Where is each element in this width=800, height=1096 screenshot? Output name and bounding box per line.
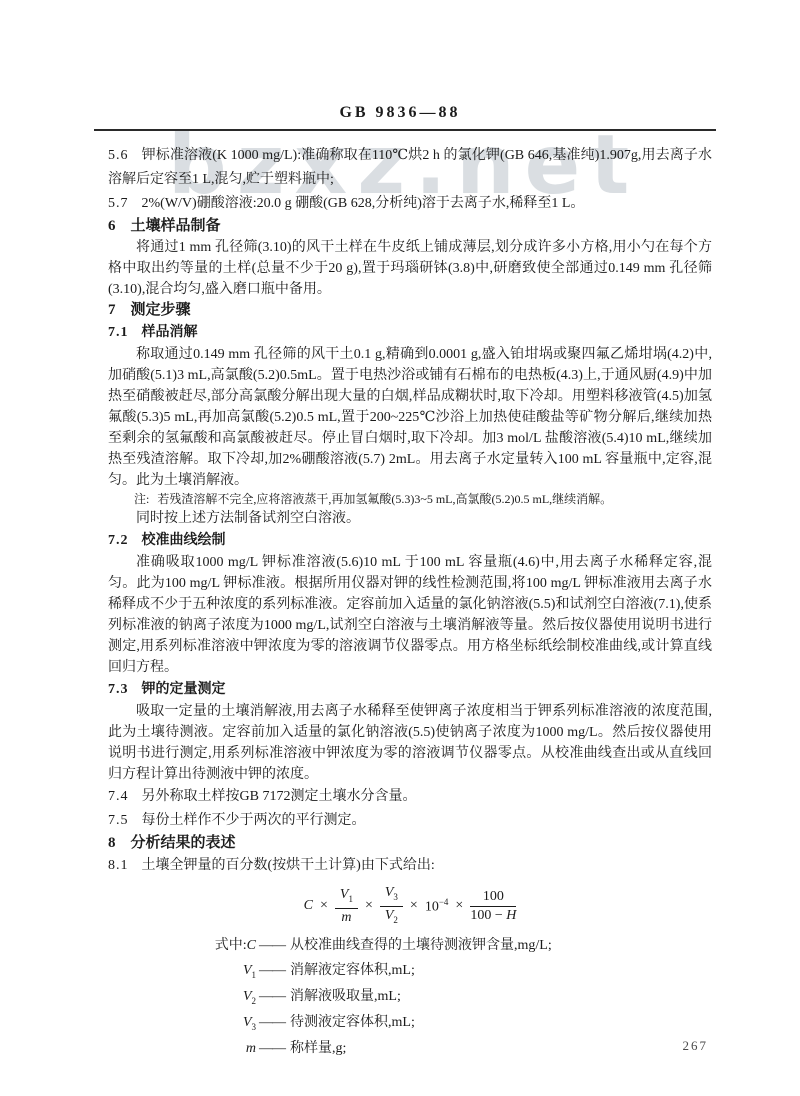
clause-number: 7.1	[108, 325, 129, 340]
formula-sub-2: 2	[393, 915, 398, 925]
definition-term: 式中:C	[108, 935, 256, 961]
section-title: 分析结果的表述	[131, 835, 236, 851]
section-7-heading: 7测定步骤	[108, 300, 712, 321]
formula-den-100: 100	[470, 908, 491, 923]
clause-7-3-paragraph: 吸取一定量的土壤消解液,用去离子水稀释至使钾离子浓度相当于钾系列标准溶液的浓度范…	[108, 701, 712, 785]
clause-text: 2%(W/V)硼酸溶液:20.0 g 硼酸(GB 628,分析纯)溶于去离子水,…	[142, 196, 585, 211]
clause-text: 每份土样作不少于两次的平行测定。	[142, 813, 366, 828]
definition-description: 称样量,g;	[290, 1038, 346, 1064]
definition-prefix: 式中:	[215, 938, 247, 953]
definition-row-V3: V3 —— 待测液定容体积,mL;	[108, 1012, 712, 1038]
clause-number: 7.3	[108, 682, 129, 697]
definition-row-C: 式中:C —— 从校准曲线查得的土壤待测液钾含量,mg/L;	[108, 935, 712, 961]
definition-symbol: C	[247, 938, 256, 953]
clause-7-1-blank-solution: 同时按上述方法制备试剂空白溶液。	[108, 508, 712, 529]
definition-term: V1	[108, 960, 256, 986]
page-number: 267	[683, 1038, 709, 1054]
clause-number: 7.4	[108, 789, 129, 804]
symbol-definitions: 式中:C —— 从校准曲线查得的土壤待测液钾含量,mg/L; V1 —— 消解液…	[108, 935, 712, 1064]
clause-number: 7.5	[108, 813, 129, 828]
clause-title: 校准曲线绘制	[142, 533, 226, 548]
definition-row-m: m —— 称样量,g;	[108, 1038, 712, 1064]
clause-8-1: 8.1土壤全钾量的百分数(按烘干土计算)由下式给出:	[108, 854, 712, 878]
clause-7-2-paragraph: 准确吸取1000 mg/L 钾标准溶液(5.6)10 mL 于100 mL 容量…	[108, 552, 712, 678]
section-title: 测定步骤	[131, 302, 191, 318]
multiply-sign: ×	[454, 898, 464, 914]
section-6-heading: 6土壤样品制备	[108, 216, 712, 237]
fraction-v1-over-m: V1m	[335, 887, 358, 926]
definition-symbol: V	[243, 963, 252, 978]
definition-dash: ——	[256, 986, 290, 1012]
definition-description: 消解液定容体积,mL;	[290, 960, 415, 986]
formula-potassium-percentage: C × V1m × V3V2 × 10−4 × 100100 − H	[304, 885, 517, 928]
clause-7-1-paragraph: 称取通过0.149 mm 孔径筛的风干土0.1 g,精确到0.0001 g,盛入…	[108, 344, 712, 491]
formula-block: C × V1m × V3V2 × 10−4 × 100100 − H	[108, 885, 712, 928]
formula-ten-exponent: −4	[439, 897, 449, 907]
clause-number: 7.2	[108, 533, 129, 548]
formula-var-m: m	[341, 910, 351, 925]
clause-text: 土壤全钾量的百分数(按烘干土计算)由下式给出:	[142, 858, 435, 873]
section-number: 8	[108, 835, 117, 851]
clause-number: 5.6	[108, 148, 129, 163]
definition-dash: ——	[256, 935, 290, 961]
note-label: 注:	[134, 492, 149, 506]
definition-term: m	[108, 1038, 256, 1064]
definition-term: V2	[108, 986, 256, 1012]
multiply-sign: ×	[364, 898, 374, 914]
fraction-moisture-correction: 100100 − H	[470, 889, 516, 924]
definition-symbol: V	[243, 1015, 252, 1030]
definition-row-V2: V2 —— 消解液吸取量,mL;	[108, 986, 712, 1012]
clause-title: 钾的定量测定	[142, 682, 226, 697]
clause-5-7: 5.72%(W/V)硼酸溶液:20.0 g 硼酸(GB 628,分析纯)溶于去离…	[108, 192, 712, 216]
definition-symbol: V	[243, 989, 252, 1004]
definition-term: V3	[108, 1012, 256, 1038]
clause-5-6: 5.6钾标准溶液(K 1000 mg/L):准确称取在110℃烘2 h 的氯化钾…	[108, 144, 712, 192]
formula-ten-power: 10−4	[425, 897, 449, 916]
clause-7-1-heading: 7.1样品消解	[108, 321, 712, 344]
formula-sub-3: 3	[393, 892, 398, 902]
section-8-heading: 8分析结果的表述	[108, 833, 712, 854]
multiply-sign: ×	[319, 898, 329, 914]
definition-row-V1: V1 —— 消解液定容体积,mL;	[108, 960, 712, 986]
definition-description: 消解液吸取量,mL;	[290, 986, 401, 1012]
definition-symbol: m	[246, 1041, 256, 1056]
standard-code-header: GB 9836—88	[0, 104, 800, 122]
multiply-sign: ×	[409, 898, 419, 914]
section-6-paragraph: 将通过1 mm 孔径筛(3.10)的风干土样在牛皮纸上铺成薄层,划分成许多小方格…	[108, 237, 712, 300]
clause-title: 样品消解	[142, 325, 198, 340]
clause-number: 8.1	[108, 858, 129, 873]
clause-7-4: 7.4另外称取土样按GB 7172测定土壤水分含量。	[108, 785, 712, 809]
formula-sub-1: 1	[348, 894, 353, 904]
document-body: 5.6钾标准溶液(K 1000 mg/L):准确称取在110℃烘2 h 的氯化钾…	[108, 144, 712, 1064]
minus-sign: −	[495, 908, 503, 923]
standard-code: GB 9836—88	[339, 104, 460, 121]
section-number: 7	[108, 302, 117, 318]
definition-dash: ——	[256, 960, 290, 986]
definition-dash: ——	[256, 1038, 290, 1064]
note-text: 若残渣溶解不完全,应将溶液蒸干,再加氢氟酸(5.3)3~5 mL,高氯酸(5.2…	[157, 492, 612, 506]
formula-ten-base: 10	[425, 900, 439, 915]
definition-description: 待测液定容体积,mL;	[290, 1012, 415, 1038]
clause-text: 另外称取土样按GB 7172测定土壤水分含量。	[142, 789, 417, 804]
clause-7-2-heading: 7.2校准曲线绘制	[108, 529, 712, 552]
clause-7-5: 7.5每份土样作不少于两次的平行测定。	[108, 809, 712, 833]
definition-description: 从校准曲线查得的土壤待测液钾含量,mg/L;	[290, 935, 552, 961]
definition-dash: ——	[256, 1012, 290, 1038]
clause-7-1-note: 注:若残渣溶解不完全,应将溶液蒸干,再加氢氟酸(5.3)3~5 mL,高氯酸(5…	[108, 491, 712, 508]
formula-hundred: 100	[470, 889, 516, 907]
formula-var-C: C	[304, 898, 313, 914]
clause-text: 钾标准溶液(K 1000 mg/L):准确称取在110℃烘2 h 的氯化钾(GB…	[108, 148, 712, 187]
clause-number: 5.7	[108, 196, 129, 211]
header-rule	[94, 129, 716, 131]
section-title: 土壤样品制备	[131, 218, 221, 234]
formula-var-H: H	[506, 908, 516, 923]
fraction-v3-over-v2: V3V2	[380, 885, 403, 928]
document-page: bzxz.net GB 9836—88 5.6钾标准溶液(K 1000 mg/L…	[0, 0, 800, 1096]
clause-7-3-heading: 7.3钾的定量测定	[108, 678, 712, 701]
section-number: 6	[108, 218, 117, 234]
